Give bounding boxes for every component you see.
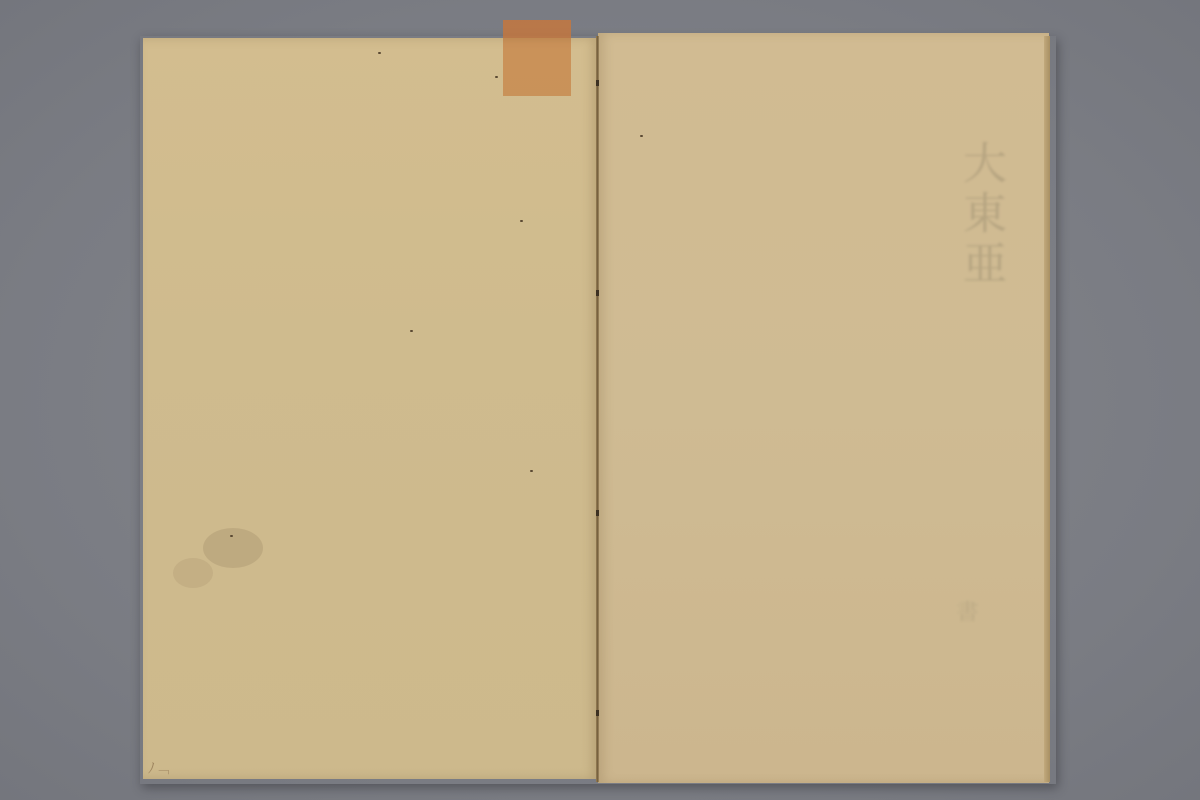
paper-stain xyxy=(203,528,263,568)
book-spine xyxy=(596,36,599,782)
paper-speck xyxy=(640,135,643,137)
paper-stain xyxy=(173,558,213,588)
paper-speck xyxy=(378,52,381,54)
binding-stitch xyxy=(596,710,599,716)
show-through-text-lower: 書 xyxy=(950,600,981,622)
paper-speck xyxy=(530,470,533,472)
corner-mark: ﾉ﹁ xyxy=(148,758,169,778)
left-page xyxy=(143,38,598,779)
paper-speck xyxy=(410,330,413,332)
paper-speck xyxy=(520,220,523,222)
seal-stamp-top xyxy=(503,20,571,38)
binding-stitch xyxy=(596,510,599,516)
paper-speck xyxy=(230,535,233,537)
binding-stitch xyxy=(596,290,599,296)
paper-speck xyxy=(495,76,498,78)
right-page-edge xyxy=(1044,36,1050,782)
show-through-text: 大東亜 xyxy=(955,140,1005,290)
binding-stitch xyxy=(596,80,599,86)
